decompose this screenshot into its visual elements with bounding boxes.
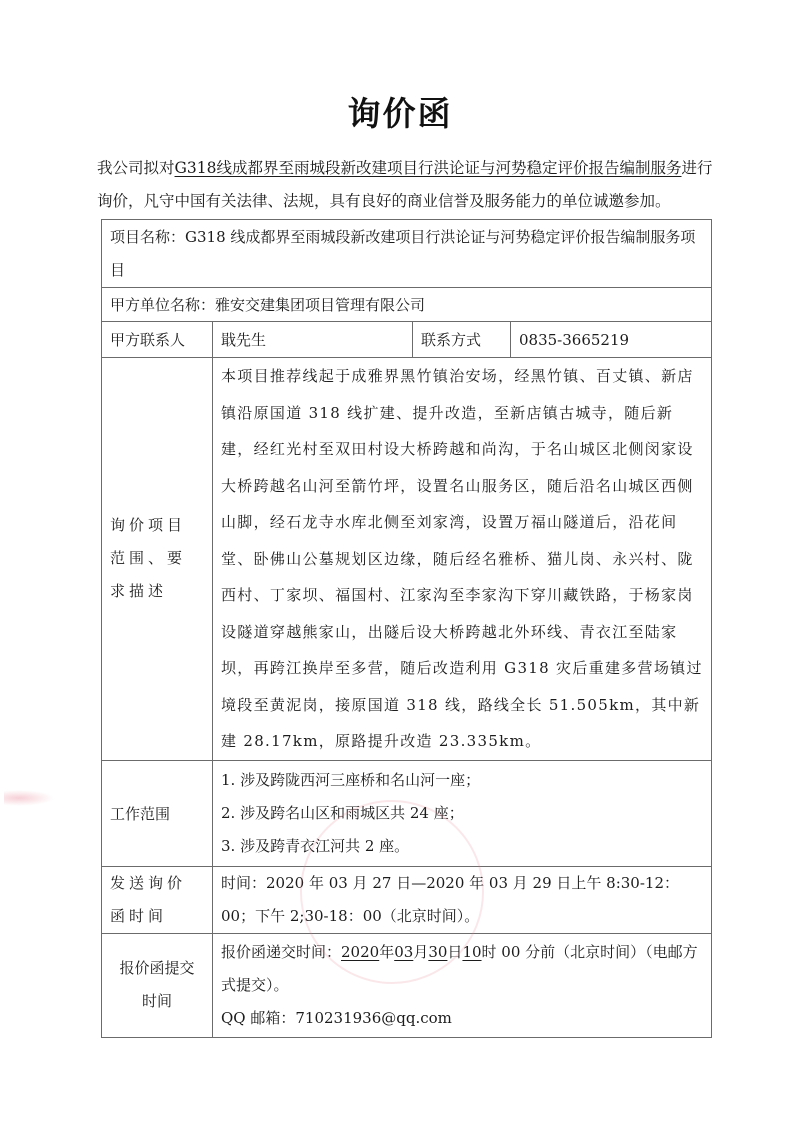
email-label: QQ 邮箱： <box>221 1009 295 1027</box>
red-ink-mark <box>4 790 54 806</box>
intro-prefix: 我公司拟对 <box>97 159 175 177</box>
send-time-label: 发送询价函时间 <box>102 866 213 933</box>
send-time-value: 时间：2020 年 03 月 27 日—2020 年 03 月 29 日上午 8… <box>213 866 712 933</box>
row-work-scope: 工作范围 1. 涉及跨陇西河三座桥和名山河一座； 2. 涉及跨名山区和雨城区共 … <box>102 760 712 866</box>
project-name-label: 项目名称： <box>110 228 185 246</box>
submit-time-label: 报价函提交时间 <box>102 933 213 1037</box>
row-party-a-unit: 甲方单位名称：雅安交建集团项目管理有限公司 <box>102 288 712 322</box>
work-scope-item: 3. 涉及跨青衣江河共 2 座。 <box>221 830 703 863</box>
submit-month-unit: 月 <box>413 943 428 961</box>
scope-label: 询价项目范围、要求描述 <box>102 358 213 761</box>
party-a-unit-cell: 甲方单位名称：雅安交建集团项目管理有限公司 <box>102 288 712 322</box>
party-a-unit-label: 甲方单位名称： <box>110 296 215 314</box>
submit-hour: 10 <box>462 943 481 961</box>
contact-name: 戢先生 <box>213 322 413 358</box>
submit-day: 30 <box>428 943 447 961</box>
submit-month: 03 <box>394 943 413 961</box>
email-address[interactable]: 710231936@qq.com <box>295 1009 452 1027</box>
intro-paragraph: 我公司拟对G318线成都界至雨城段新改建项目行洪论证与河势稳定评价报告编制服务进… <box>97 152 717 218</box>
row-submit-time: 报价函提交时间 报价函递交时间：2020年03月30日10时 00 分前（北京时… <box>102 933 712 1037</box>
work-scope-item: 1. 涉及跨陇西河三座桥和名山河一座； <box>221 764 703 797</box>
work-scope-item: 2. 涉及跨名山区和雨城区共 24 座； <box>221 797 703 830</box>
submit-day-unit: 日 <box>447 943 462 961</box>
submit-year: 2020 <box>341 943 379 961</box>
document-title: 询价函 <box>0 88 800 135</box>
submit-time-value: 报价函递交时间：2020年03月30日10时 00 分前（北京时间）（电邮方式提… <box>213 933 712 1037</box>
contact-label: 甲方联系人 <box>102 322 213 358</box>
contact-method-label: 联系方式 <box>413 322 511 358</box>
submit-year-unit: 年 <box>379 943 394 961</box>
submit-email-line: QQ 邮箱：710231936@qq.com <box>221 1002 703 1035</box>
party-a-unit-value: 雅安交建集团项目管理有限公司 <box>215 296 425 314</box>
project-name-value: G318 线成都界至雨城段新改建项目行洪论证与河势稳定评价报告编制服务项目 <box>110 228 695 279</box>
work-scope-label: 工作范围 <box>102 760 213 866</box>
row-project-name: 项目名称：G318 线成都界至雨城段新改建项目行洪论证与河势稳定评价报告编制服务… <box>102 220 712 288</box>
submit-deadline: 报价函递交时间：2020年03月30日10时 00 分前（北京时间）（电邮方式提… <box>221 936 703 1002</box>
contact-phone: 0835-3665219 <box>511 322 712 358</box>
work-scope-list: 1. 涉及跨陇西河三座桥和名山河一座； 2. 涉及跨名山区和雨城区共 24 座；… <box>213 760 712 866</box>
scope-description: 本项目推荐线起于成雅界黑竹镇治安场，经黑竹镇、百丈镇、新店镇沿原国道 318 线… <box>213 358 712 761</box>
row-scope: 询价项目范围、要求描述 本项目推荐线起于成雅界黑竹镇治安场，经黑竹镇、百丈镇、新… <box>102 358 712 761</box>
row-contact: 甲方联系人 戢先生 联系方式 0835-3665219 <box>102 322 712 358</box>
inquiry-table: 项目名称：G318 线成都界至雨城段新改建项目行洪论证与河势稳定评价报告编制服务… <box>101 219 712 1038</box>
submit-prefix: 报价函递交时间： <box>221 943 341 961</box>
intro-project-name: G318线成都界至雨城段新改建项目行洪论证与河势稳定评价报告编制服务 <box>175 159 682 177</box>
project-name-cell: 项目名称：G318 线成都界至雨城段新改建项目行洪论证与河势稳定评价报告编制服务… <box>102 220 712 288</box>
row-send-time: 发送询价函时间 时间：2020 年 03 月 27 日—2020 年 03 月 … <box>102 866 712 933</box>
